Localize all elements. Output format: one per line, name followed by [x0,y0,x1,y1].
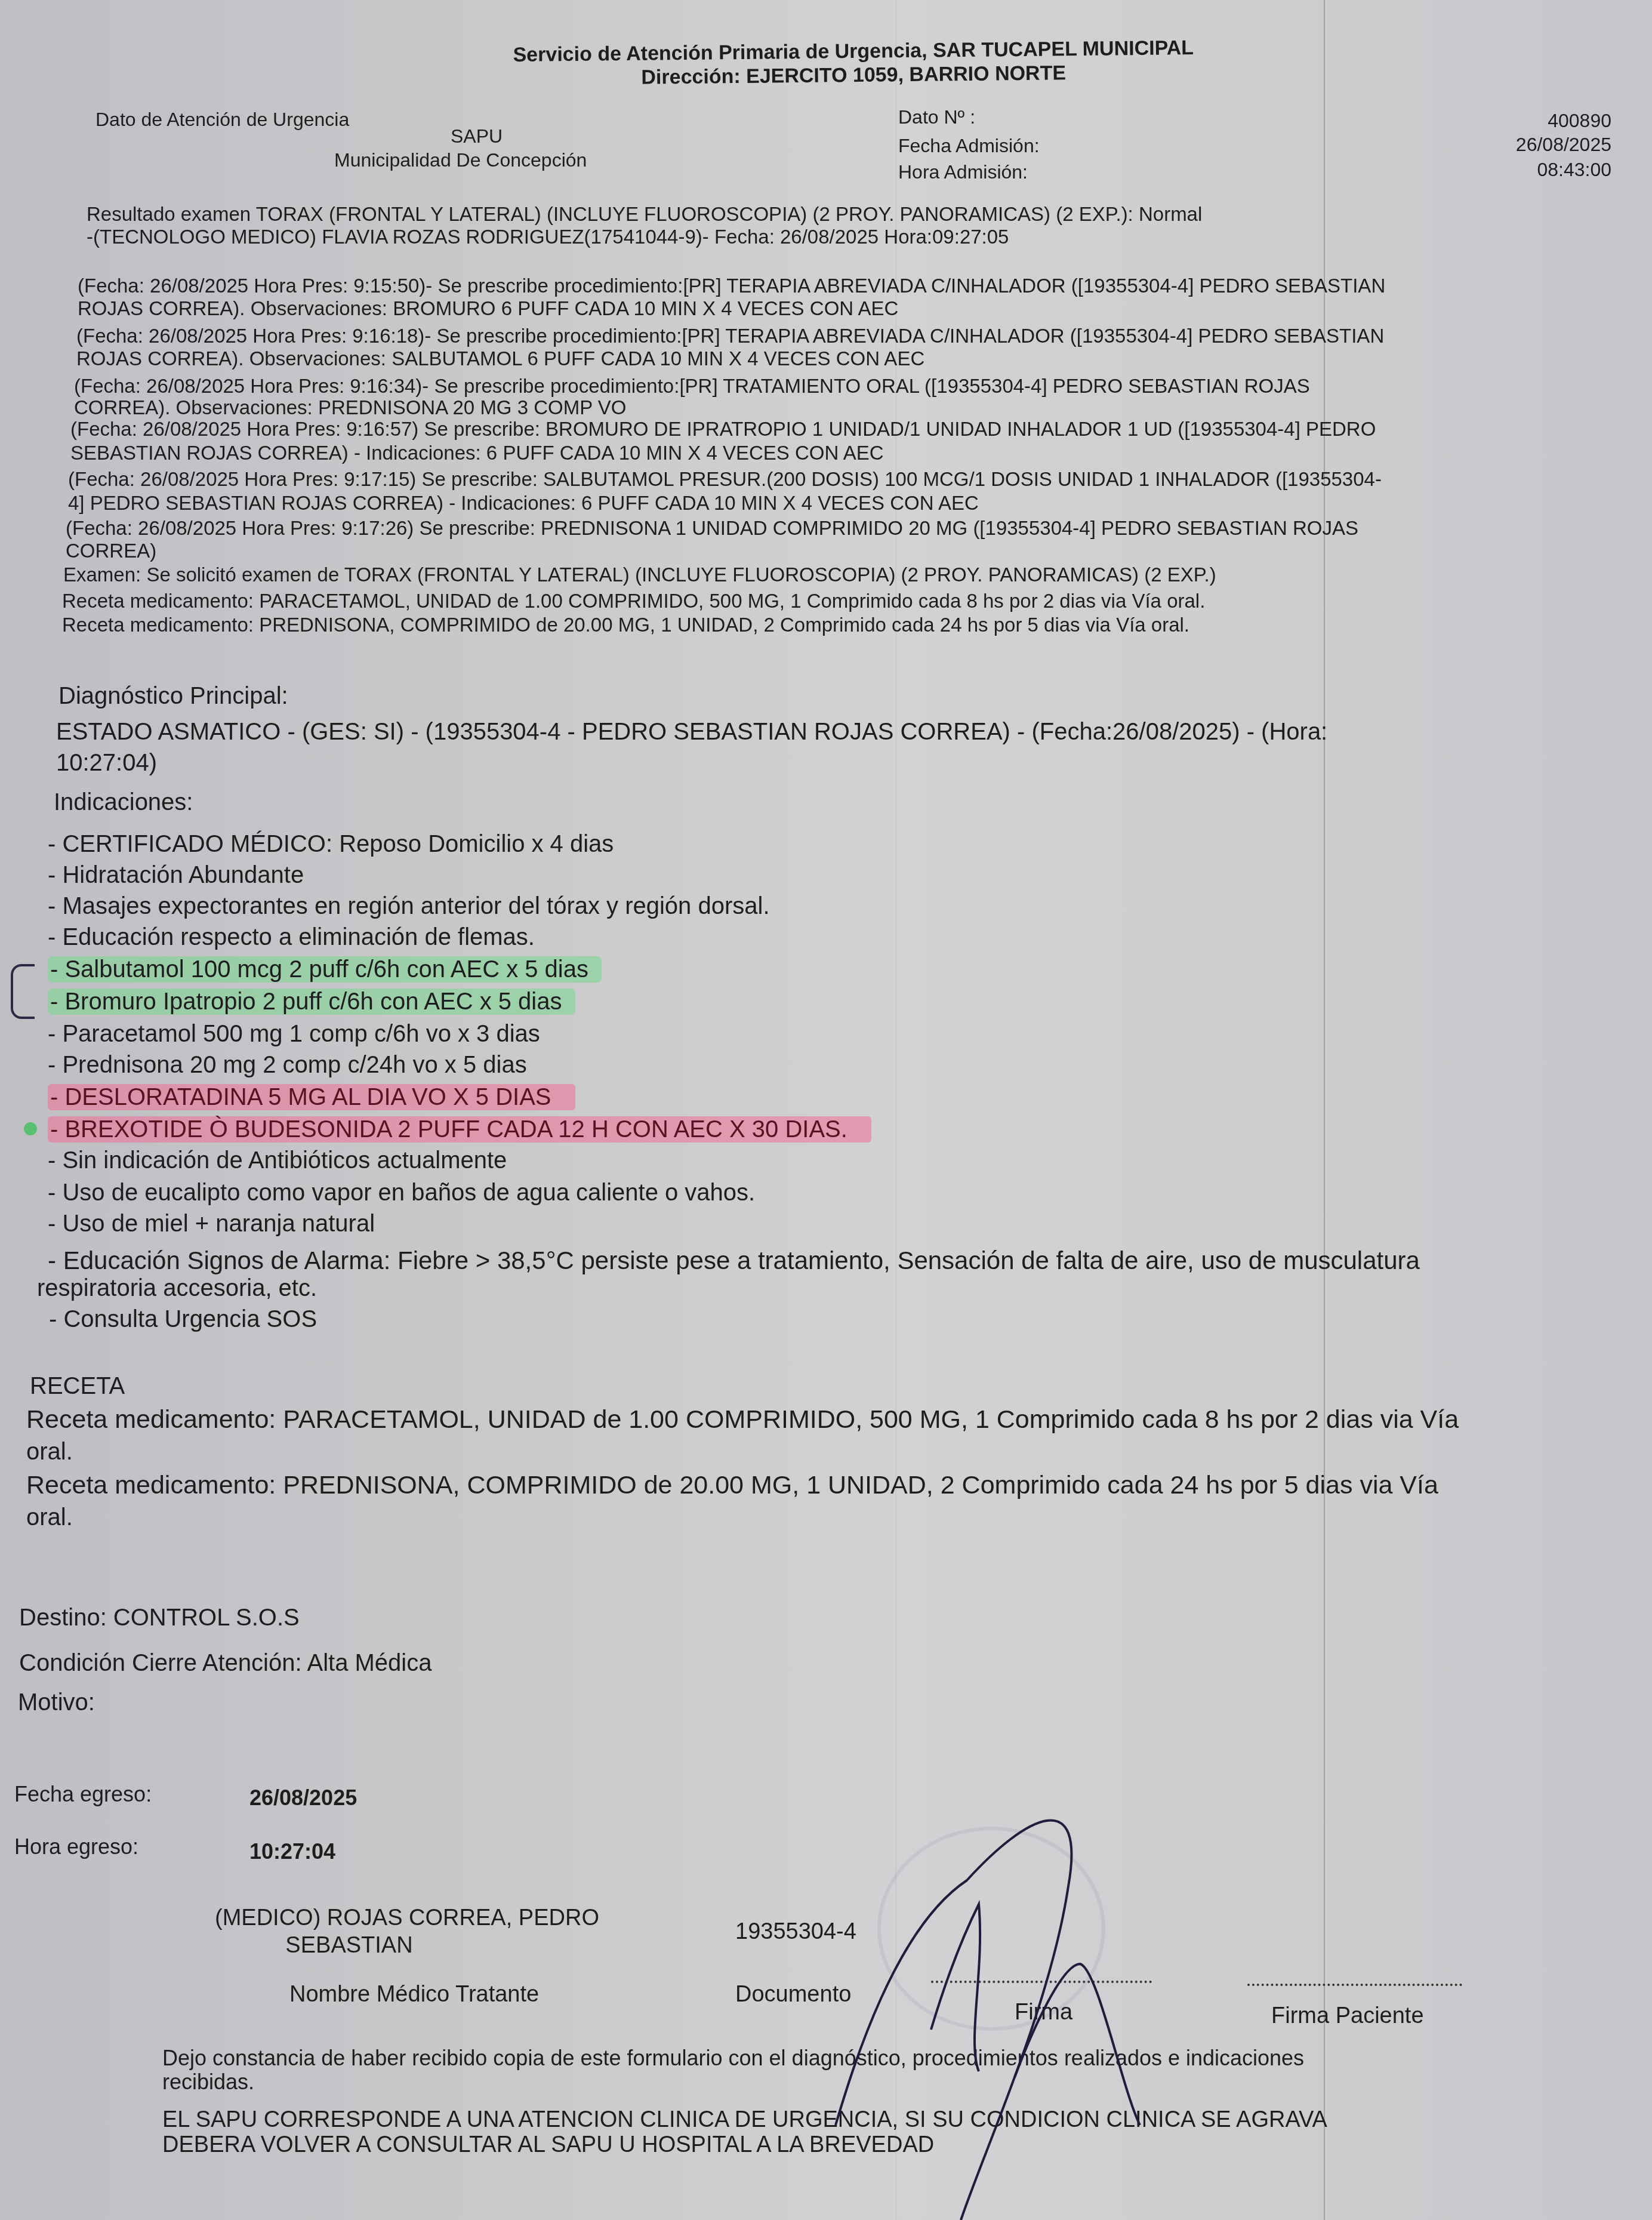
doctor-signature-icon [0,0,1652,2220]
